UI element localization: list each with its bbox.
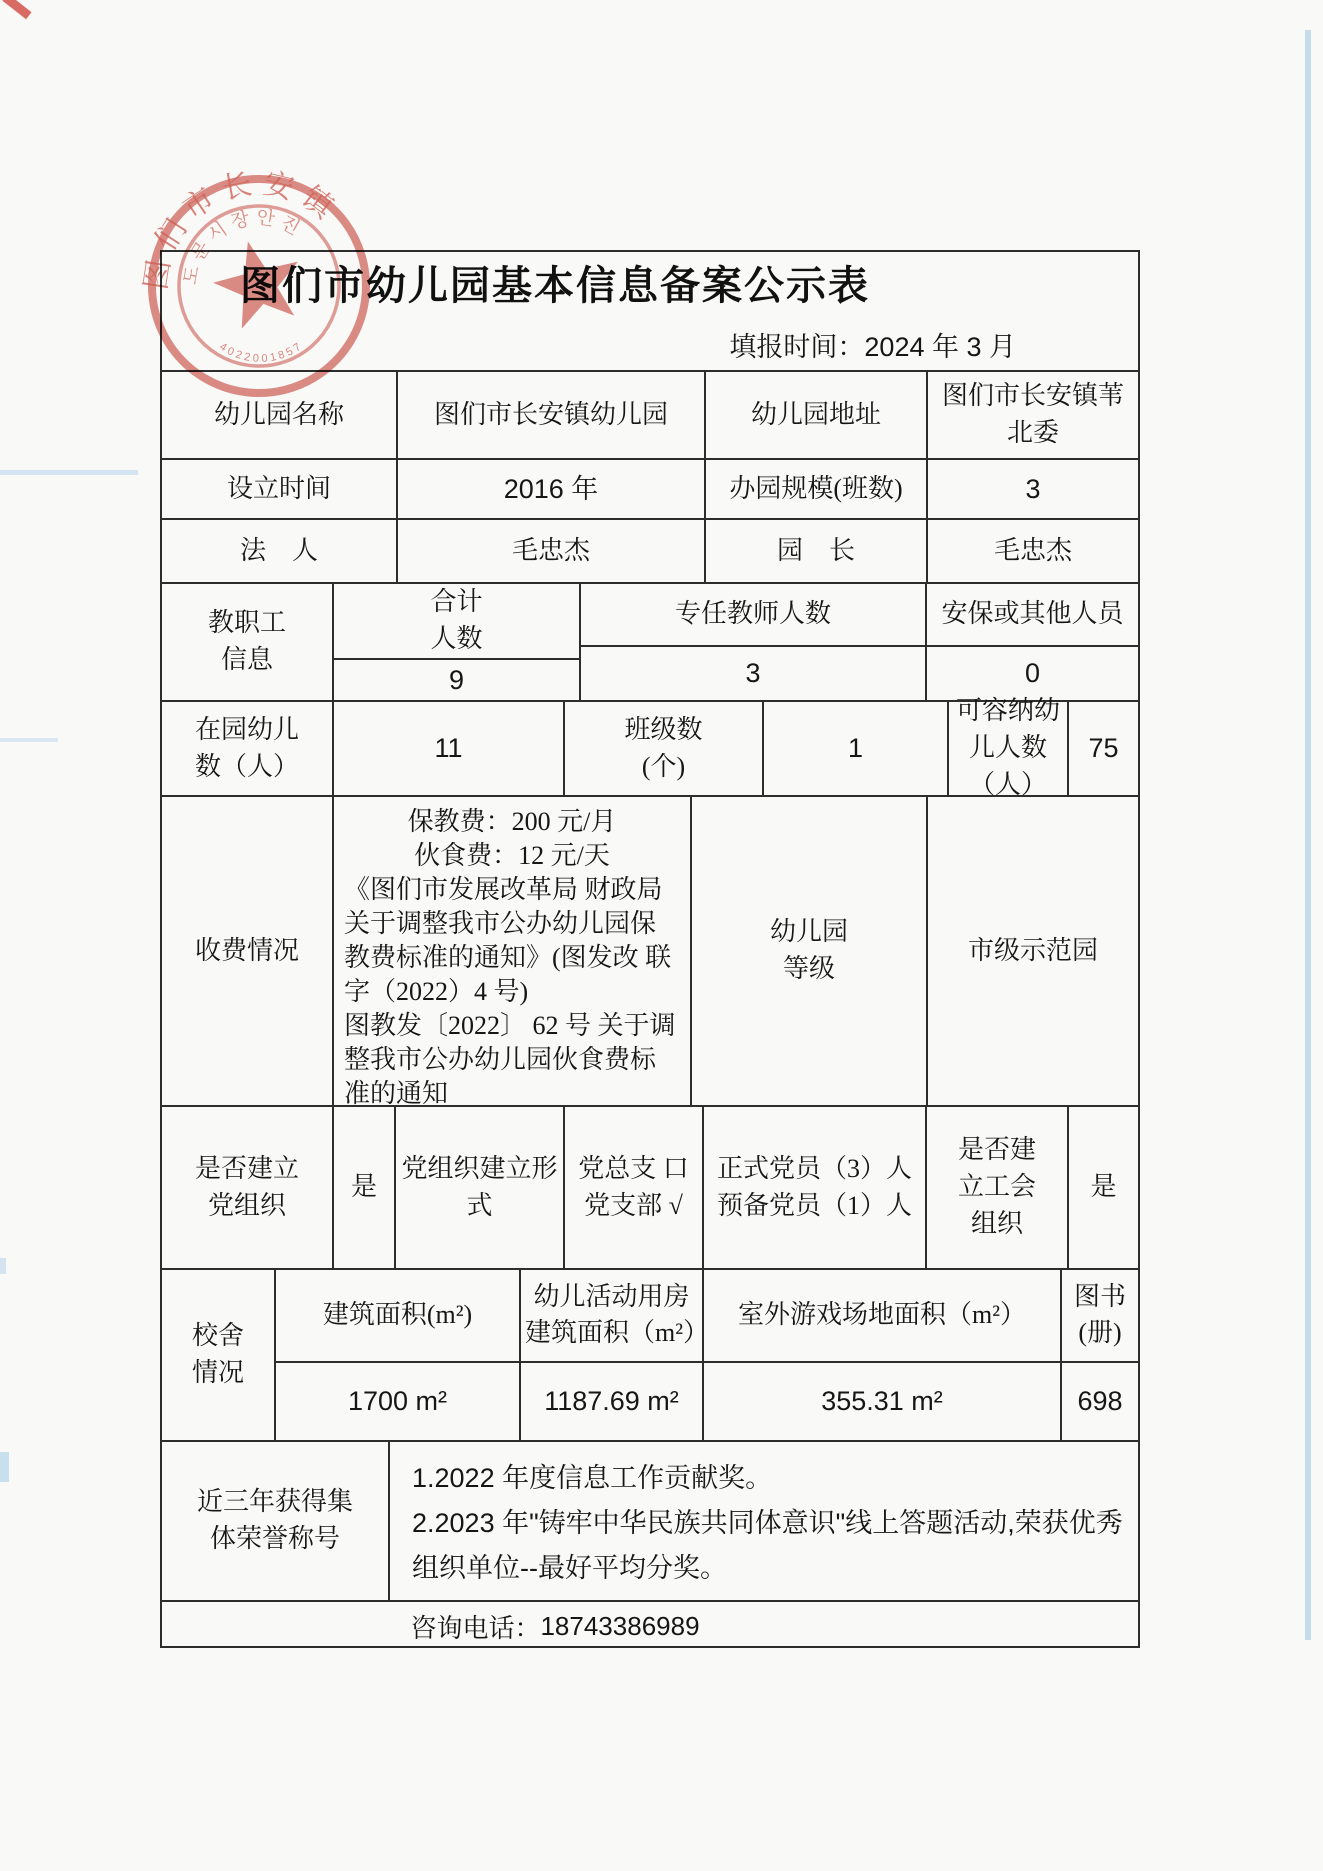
phone-label: 咨询电话： [410,1608,540,1645]
scale-value: 3 [928,460,1138,518]
scan-artifact-streak [0,738,58,742]
books-label: 图书 [1074,1279,1126,1316]
legal-person-value: 毛忠杰 [398,520,706,582]
activity-area-label: 幼儿活动用房 [533,1279,689,1316]
books-value: 698 [1062,1363,1138,1440]
outdoor-area-label: 室外游戏场地面积（m²） [704,1270,1062,1361]
building-area-value: 1700 m² [276,1363,521,1440]
principal-value: 毛忠杰 [928,520,1138,582]
grade-label: 幼儿园等级 [764,914,854,988]
form-table: 图们市幼儿园基本信息备案公示表 填报时间：2024 年 3 月 幼儿园名称 图们… [160,250,1140,1648]
row-children-counts: 在园幼儿数（人） 11 班级数 (个) 1 可容纳幼儿人数（人） 75 [162,702,1138,797]
report-time-label: 填报时间： [729,332,864,362]
fee-notice-2: 图教发〔2022〕 62 号 关于调整我市公办幼儿园伙食费标准的通知 [344,1009,680,1111]
honors-label: 近三年获得集体荣誉称号 [191,1484,359,1558]
staff-total-value: 9 [334,660,579,700]
row-legal-principal: 法 人 毛忠杰 园 长 毛忠杰 [162,520,1138,584]
svg-text:4022001857: 4022001857 [215,322,307,376]
row-campus: 校舍情况 建筑面积(m²) 幼儿活动用房 建筑面积（m²） 室外游戏场地面积（m… [162,1270,1138,1442]
party-members-probationary: 预备党员（1）人 [717,1188,912,1225]
party-form-option-branch-checked: 党支部 √ [584,1188,683,1225]
row-phone: 咨询电话： 18743386989 [162,1602,1138,1650]
scanned-form-page: 图们市幼儿园基本信息备案公示表 填报时间：2024 年 3 月 幼儿园名称 图们… [0,0,1323,1871]
fee-notice-1: 《图们市发展改革局 财政局 关于调整我市公办幼儿园保教费标准的通知》(图发改 联… [344,873,680,1009]
principal-label: 园 长 [706,520,928,582]
setup-time-label: 设立时间 [162,460,398,518]
honor-item-1: 1.2022 年度信息工作贡献奖。 [412,1456,772,1501]
red-seal-stamp: 图们市长安镇 도문시장안진 4022001857 [140,164,378,408]
outdoor-area-value: 355.31 m² [704,1363,1062,1440]
books-label-unit: (册) [1078,1315,1121,1352]
building-area-label: 建筑面积(m²) [276,1270,521,1361]
party-org-value: 是 [334,1107,396,1268]
stamp-serial: 4022001857 [215,322,307,376]
enrolled-children-value: 11 [334,702,565,795]
activity-area-label-2: 建筑面积（m²） [525,1315,698,1352]
row-honors: 近三年获得集体荣誉称号 1.2022 年度信息工作贡献奖。 2.2023 年"铸… [162,1442,1138,1602]
honor-item-2: 2.2023 年"铸牢中华民族共同体意识"线上答题活动,荣获优秀组织单位--最好… [412,1501,1124,1591]
legal-person-label: 法 人 [162,520,398,582]
party-form-option-general-branch: 党总支 口 [578,1151,689,1188]
staff-teachers-label: 专任教师人数 [581,584,925,647]
union-label: 是否建立工会组织 [952,1132,1042,1243]
party-members-formal: 正式党员（3）人 [717,1151,912,1188]
phone-value: 18743386989 [540,1611,699,1642]
party-form-label: 党组织建立形式 [400,1151,559,1225]
star-icon [205,231,310,333]
staff-security-value: 0 [927,647,1138,700]
kindergarten-name-value: 图们市长安镇幼儿园 [398,372,706,458]
union-value: 是 [1069,1107,1138,1268]
staff-total-label: 合计人数 [427,584,487,658]
staff-teachers-value: 3 [581,647,925,700]
row-party-org: 是否建立党组织 是 党组织建立形式 党总支 口 党支部 √ 正式党员（3）人 预… [162,1107,1138,1270]
row-setup-scale: 设立时间 2016 年 办园规模(班数) 3 [162,460,1138,520]
class-count-label: 班级数 [624,712,702,749]
report-time-value: 2024 年 3 月 [864,332,1016,362]
class-count-label-unit: (个) [642,749,685,786]
scan-artifact-corner-mark [2,0,31,19]
campus-section-label: 校舍情况 [188,1318,248,1392]
scan-artifact-right-strip [1305,30,1311,1640]
scan-artifact-streak [0,470,138,475]
kindergarten-address-value: 图们市长安镇苇北委 [932,378,1134,452]
scale-label: 办园规模(班数) [706,460,928,518]
staff-security-label: 安保或其他人员 [927,584,1138,647]
kindergarten-address-label: 幼儿园地址 [706,372,928,458]
scan-artifact-streak [0,1452,9,1482]
party-org-label: 是否建立党组织 [188,1151,306,1225]
class-count-value: 1 [764,702,949,795]
staff-section-label: 教职工信息 [202,605,292,679]
enrolled-children-label: 在园幼儿数（人） [188,712,306,786]
row-staff-info: 教职工信息 合计人数 9 专任教师人数 3 安保或其他人员 0 [162,584,1138,702]
grade-value: 市级示范园 [928,797,1138,1105]
row-fees: 收费情况 保教费：200 元/月 伙食费：12 元/天 《图们市发展改革局 财政… [162,797,1138,1107]
fees-section-label: 收费情况 [195,933,299,970]
fee-tuition-line: 保教费：200 元/月 [344,805,680,839]
scan-artifact-streak [0,1258,6,1274]
setup-time-value: 2016 年 [398,460,706,518]
fee-meal-line: 伙食费：12 元/天 [344,839,680,873]
activity-area-value: 1187.69 m² [521,1363,704,1440]
capacity-label: 可容纳幼儿人数（人） [953,693,1063,804]
capacity-value: 75 [1069,702,1138,795]
